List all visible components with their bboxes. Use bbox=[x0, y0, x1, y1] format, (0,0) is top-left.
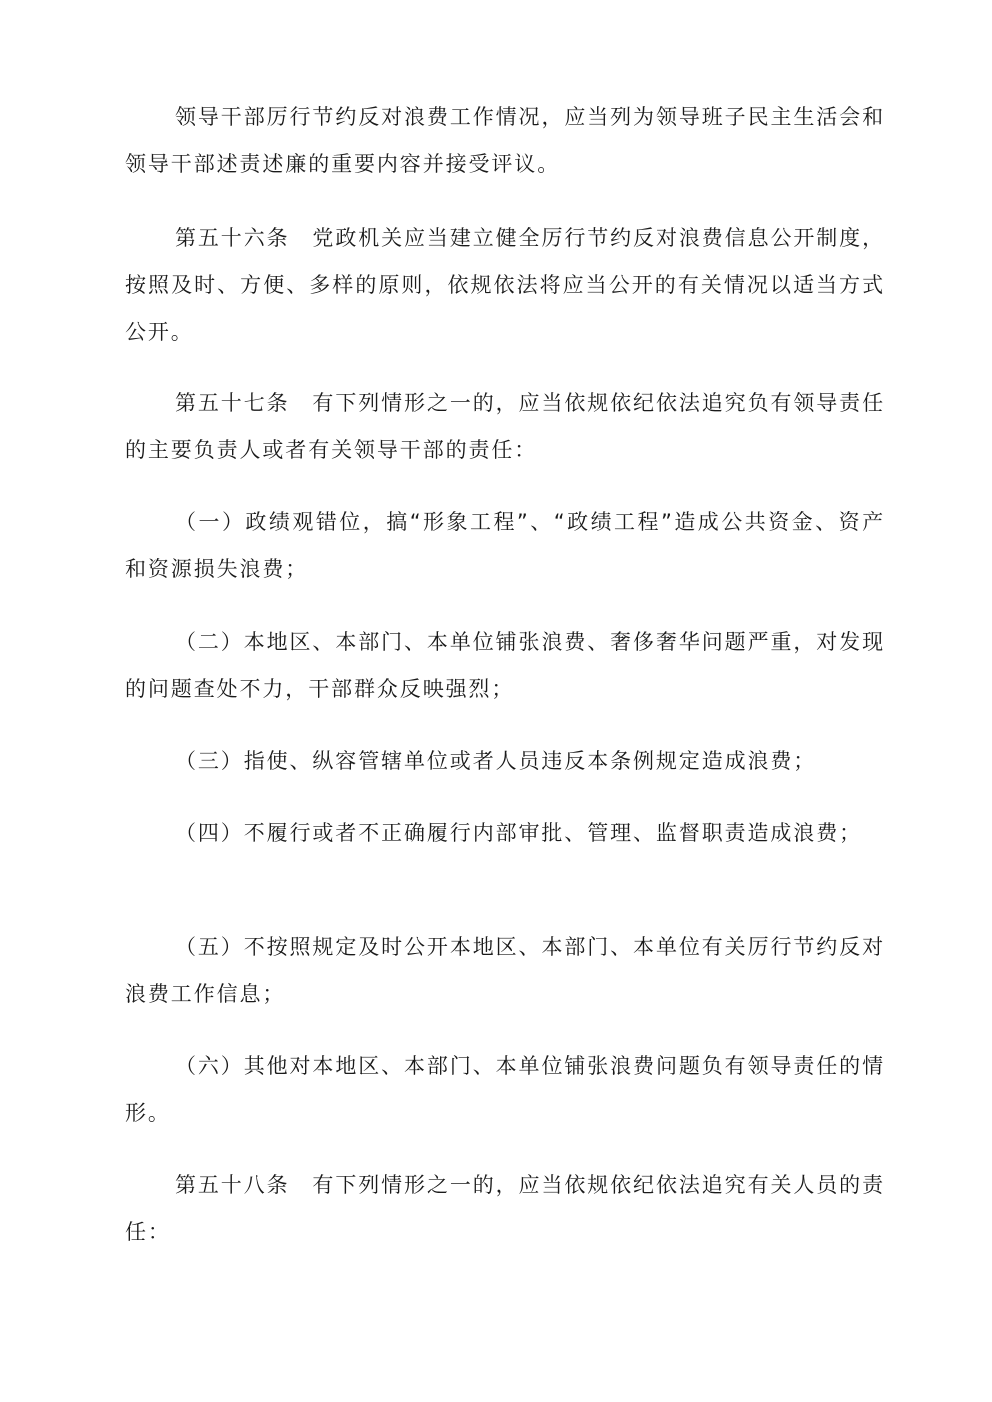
article-57-item-3: （三）指使、纵容管辖单位或者人员违反本条例规定造成浪费； bbox=[125, 738, 885, 785]
article-57-item-5: （五）不按照规定及时公开本地区、本部门、本单位有关厉行节约反对浪费工作信息； bbox=[125, 924, 885, 1018]
document-page: 领导干部厉行节约反对浪费工作情况，应当列为领导班子民主生活会和领导干部述责述廉的… bbox=[0, 0, 992, 1402]
article-57-item-2: （二）本地区、本部门、本单位铺张浪费、奢侈奢华问题严重，对发现的问题查处不力，干… bbox=[125, 619, 885, 713]
article-57: 第五十七条 有下列情形之一的，应当依规依纪依法追究负有领导责任的主要负责人或者有… bbox=[125, 380, 885, 474]
article-57-item-6: （六）其他对本地区、本部门、本单位铺张浪费问题负有领导责任的情形。 bbox=[125, 1043, 885, 1137]
article-58: 第五十八条 有下列情形之一的，应当依规依纪依法追究有关人员的责任： bbox=[125, 1162, 885, 1256]
article-57-item-1: （一）政绩观错位，搞“形象工程”、“政绩工程”造成公共资金、资产和资源损失浪费； bbox=[125, 499, 885, 593]
article-56: 第五十六条 党政机关应当建立健全厉行节约反对浪费信息公开制度，按照及时、方便、多… bbox=[125, 215, 885, 356]
paragraph-leadership-review: 领导干部厉行节约反对浪费工作情况，应当列为领导班子民主生活会和领导干部述责述廉的… bbox=[125, 94, 885, 188]
article-57-item-4: （四）不履行或者不正确履行内部审批、管理、监督职责造成浪费； bbox=[125, 810, 885, 857]
